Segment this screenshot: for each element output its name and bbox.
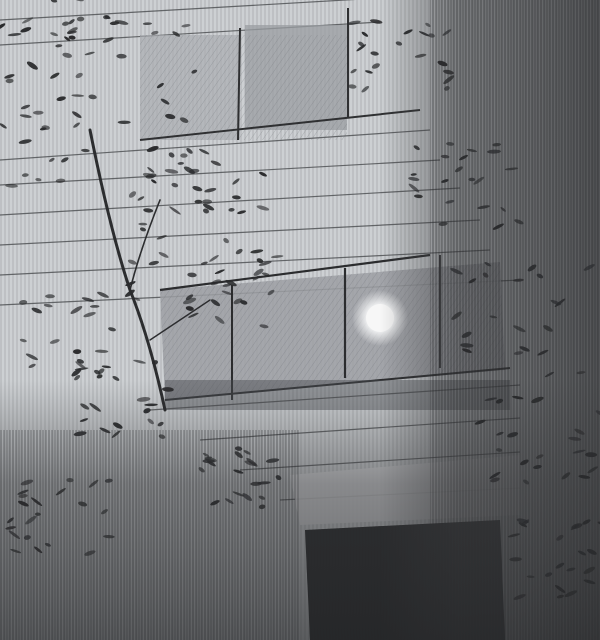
pencil-sketch-artwork [0, 0, 600, 640]
